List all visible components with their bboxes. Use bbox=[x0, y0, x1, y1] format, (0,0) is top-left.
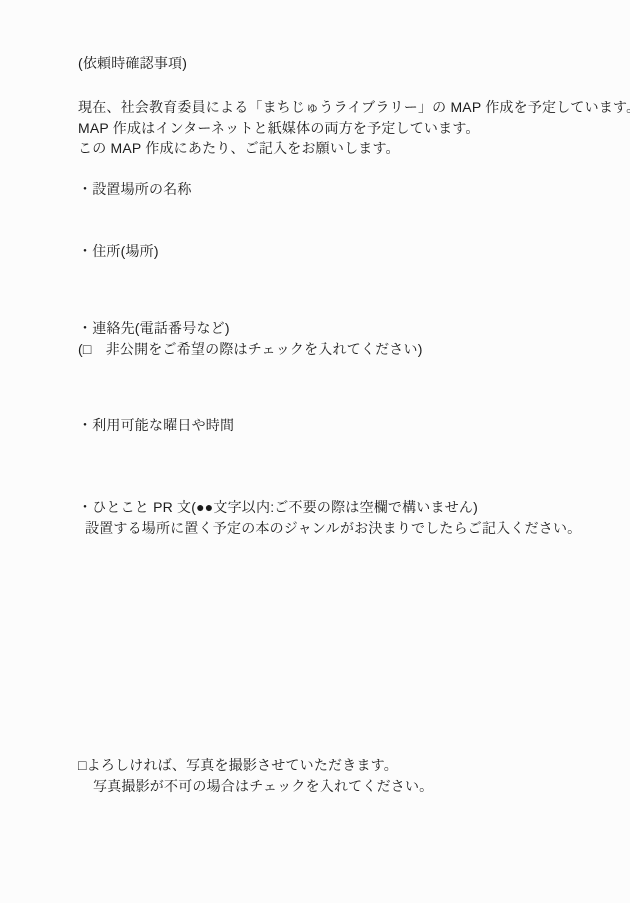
address-label: ・住所(場所) bbox=[78, 241, 159, 262]
document-page: (依頼時確認事項) 現在、社会教育委員による「まちじゅうライブラリー」の MAP… bbox=[0, 0, 630, 903]
location-name-label: ・設置場所の名称 bbox=[78, 179, 192, 200]
pr-label: ・ひとこと PR 文(●●文字以内:ご不要の際は空欄で構いません) bbox=[78, 497, 478, 518]
photo-consent-checkbox-icon: □ bbox=[78, 757, 87, 773]
photo-request-text: よろしければ、写真を撮影させていただきます。 bbox=[87, 757, 398, 773]
pr-sub-note: 設置する場所に置く予定の本のジャンルがお決まりでしたらご記入ください。 bbox=[85, 518, 581, 539]
availability-label: ・利用可能な曜日や時間 bbox=[78, 415, 234, 436]
privacy-note: (□ 非公開をご希望の際はチェックを入れてください) bbox=[78, 339, 423, 360]
contact-label: ・連絡先(電話番号など) bbox=[78, 318, 230, 339]
privacy-note-text: 非公開をご希望の際はチェックを入れてください) bbox=[92, 341, 423, 357]
privacy-checkbox-icon: □ bbox=[83, 341, 92, 357]
intro-line-3: この MAP 作成にあたり、ご記入をお願いします。 bbox=[78, 138, 400, 159]
photo-request: □よろしければ、写真を撮影させていただきます。 bbox=[78, 755, 398, 776]
intro-line-2: MAP 作成はインターネットと紙媒体の両方を予定しています。 bbox=[78, 118, 480, 139]
header-note: (依頼時確認事項) bbox=[78, 53, 187, 74]
intro-line-1: 現在、社会教育委員による「まちじゅうライブラリー」の MAP 作成を予定していま… bbox=[78, 97, 630, 118]
photo-sub-note: 写真撮影が不可の場合はチェックを入れてください。 bbox=[93, 776, 433, 797]
